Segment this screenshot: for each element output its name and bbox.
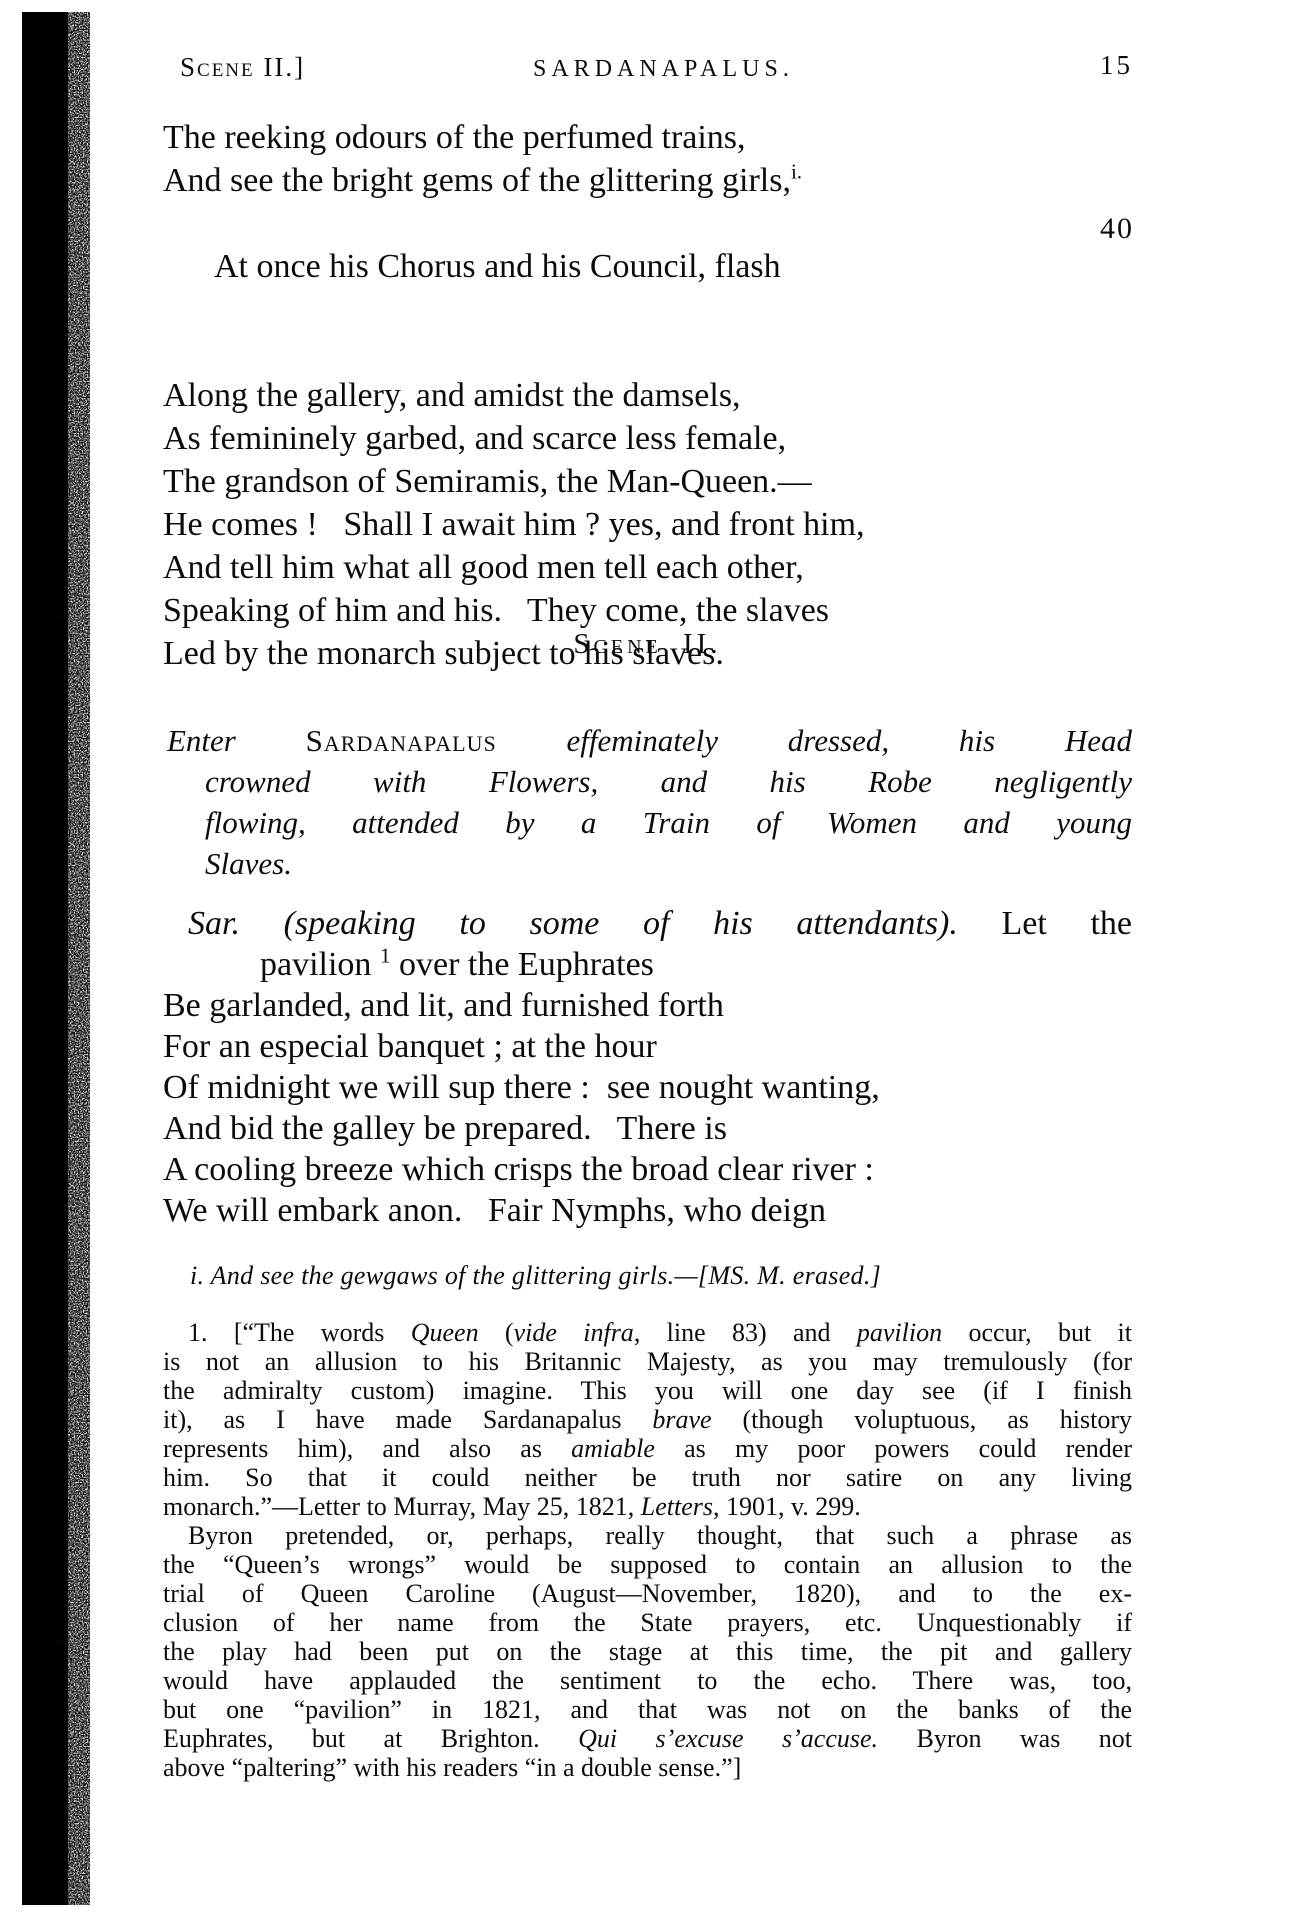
verse-line: The grandson of Semiramis, the Man-Queen… xyxy=(163,460,1183,503)
verse-line: The reeking odours of the perfumed train… xyxy=(163,116,1183,159)
stage-direction-line: crowned with Flowers, and his Robe negli… xyxy=(163,761,1132,802)
footnote-line: trial of Queen Caroline (August—November… xyxy=(163,1579,1132,1608)
speech-line: Of midnight we will sup there : see noug… xyxy=(163,1067,1132,1108)
speech-block: Sar. (speaking to some of his attendants… xyxy=(163,903,1132,1231)
verse-line: And see the bright gems of the glitterin… xyxy=(163,159,1183,202)
speech-line: And bid the galley be prepared. There is xyxy=(163,1108,1132,1149)
footnote-line: Euphrates, but at Brighton. Qui s’excuse… xyxy=(163,1724,1132,1753)
running-header-title: SARDANAPALUS. xyxy=(533,56,794,83)
speech-line: For an especial banquet ; at the hour xyxy=(163,1026,1132,1067)
footnote-line: would have applauded the sentiment to th… xyxy=(163,1666,1132,1695)
speech-line: Sar. (speaking to some of his attendants… xyxy=(163,903,1132,944)
footnote-line: 1. [“The words Queen (vide infra, line 8… xyxy=(163,1318,1132,1347)
footnote-line: it), as I have made Sardanapalus brave (… xyxy=(163,1405,1132,1434)
footnote-line: represents him), and also as amiable as … xyxy=(163,1434,1132,1463)
scene-heading: Scene II. xyxy=(163,628,1132,661)
verse-line: At once his Chorus and his Council, flas… xyxy=(163,202,1183,374)
verse-line: Along the gallery, and amidst the damsel… xyxy=(163,374,1183,417)
stage-direction-block: Enter Sardanapalus effeminately dressed,… xyxy=(163,720,1132,884)
speech-line: pavilion 1 over the Euphrates xyxy=(163,944,1132,985)
footnote-line: the admiralty custom) imagine. This you … xyxy=(163,1376,1132,1405)
footnote-line: the “Queen’s wrongs” would be supposed t… xyxy=(163,1550,1132,1579)
verse-line: He comes ! Shall I await him ? yes, and … xyxy=(163,503,1183,546)
running-header-scene-label: Scene II.] xyxy=(180,52,305,83)
footnotes-block: 1. [“The words Queen (vide infra, line 8… xyxy=(163,1318,1132,1782)
verse-line-number: 40 xyxy=(1100,207,1134,250)
speech-line: Be garlanded, and lit, and furnished for… xyxy=(163,985,1132,1026)
verse-block: The reeking odours of the perfumed train… xyxy=(163,116,1183,675)
footnote-line: monarch.”—Letter to Murray, May 25, 1821… xyxy=(163,1492,1132,1521)
speech-line: We will embark anon. Fair Nymphs, who de… xyxy=(163,1190,1132,1231)
footnote-line: clusion of her name from the State praye… xyxy=(163,1608,1132,1637)
verse-line: Speaking of him and his. They come, the … xyxy=(163,589,1183,632)
speech-line: A cooling breeze which crisps the broad … xyxy=(163,1149,1132,1190)
verse-line: And tell him what all good men tell each… xyxy=(163,546,1183,589)
stage-direction-line: Slaves. xyxy=(163,843,1132,884)
scan-gutter-artifact xyxy=(0,0,100,1925)
footnote-line: above “paltering” with his readers “in a… xyxy=(163,1753,1132,1782)
verse-line: As femininely garbed, and scarce less fe… xyxy=(163,417,1183,460)
stage-direction-line: Enter Sardanapalus effeminately dressed,… xyxy=(163,720,1132,761)
footnote-line: him. So that it could neither be truth n… xyxy=(163,1463,1132,1492)
page-number: 15 xyxy=(1100,50,1133,81)
footnote-line: Byron pretended, or, perhaps, really tho… xyxy=(163,1521,1132,1550)
stage-direction-line: flowing, attended by a Train of Women an… xyxy=(163,802,1132,843)
footnote-line: is not an allusion to his Britannic Maje… xyxy=(163,1347,1132,1376)
footnote-line: the play had been put on the stage at th… xyxy=(163,1637,1132,1666)
variant-note: i. And see the gewgaws of the glittering… xyxy=(163,1261,881,1291)
scanned-book-page: Scene II.] SARDANAPALUS. 15 The reeking … xyxy=(0,0,1313,1925)
footnote-line: but one “pavilion” in 1821, and that was… xyxy=(163,1695,1132,1724)
